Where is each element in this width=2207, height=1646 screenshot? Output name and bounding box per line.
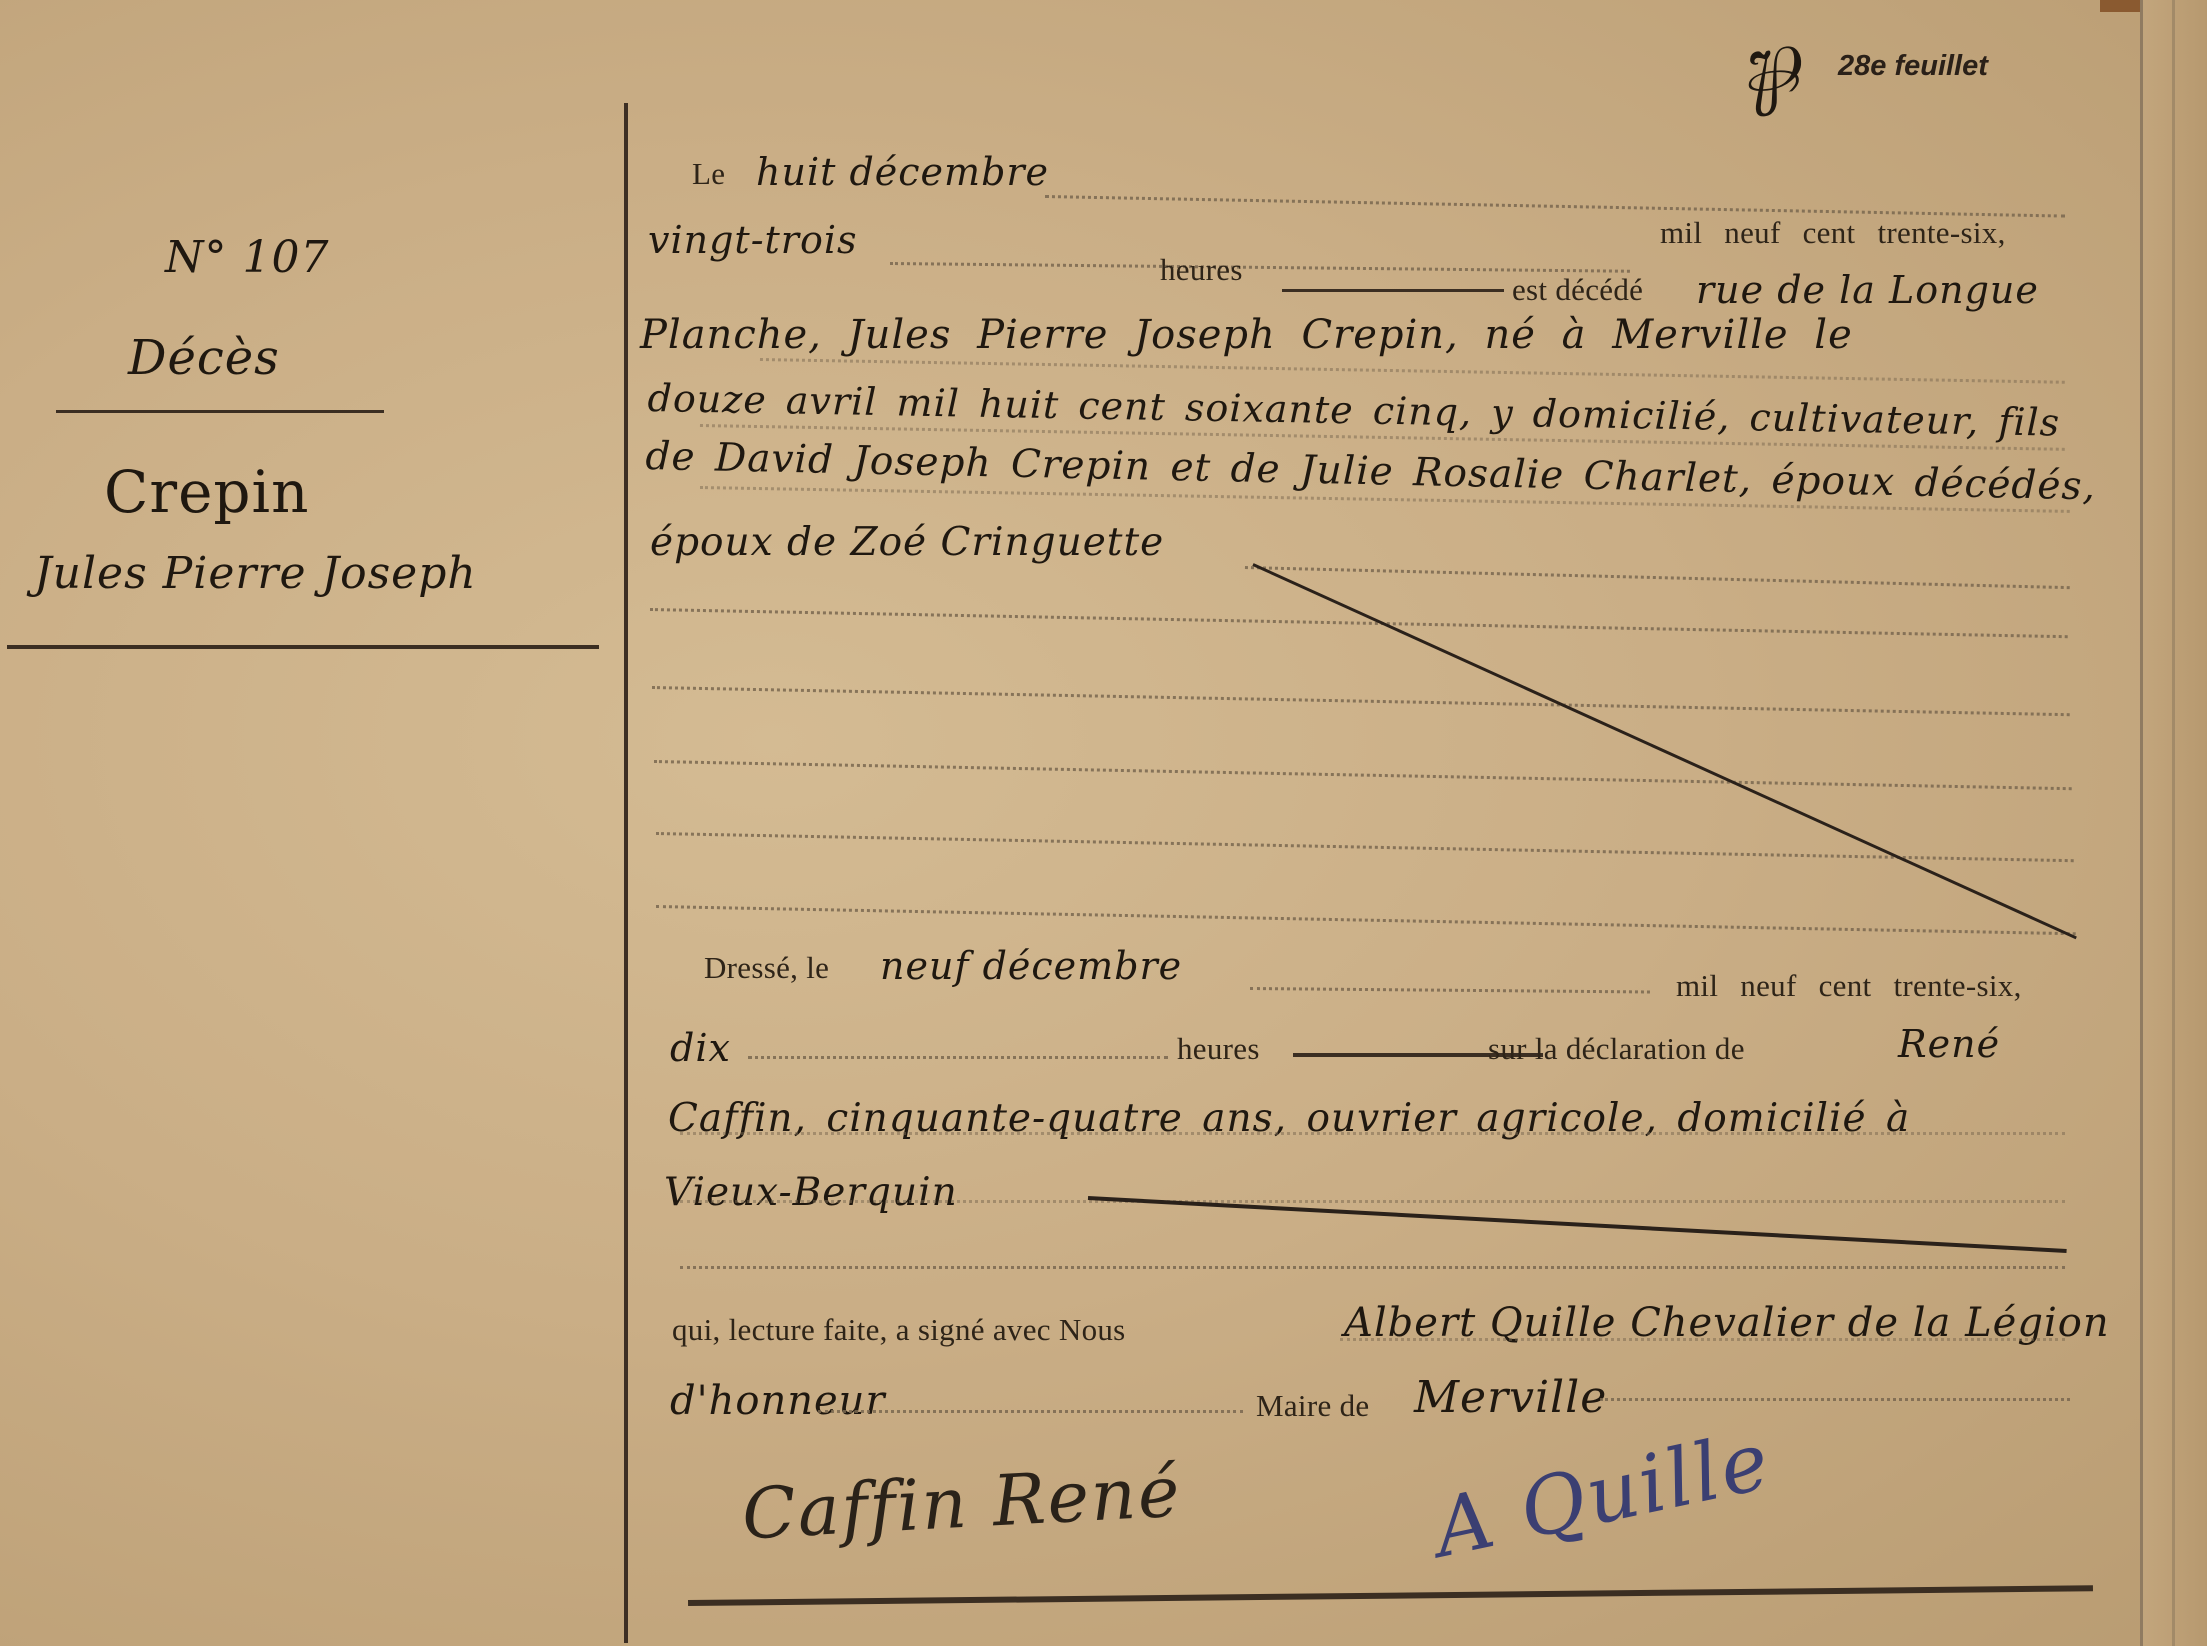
dotted-line xyxy=(654,760,2072,790)
cancellation-stroke xyxy=(1252,563,2076,939)
drafted-prefix: Dressé, le xyxy=(704,950,829,986)
drafted-hour: dix xyxy=(670,1026,731,1070)
death-line-5: douze avril mil huit cent soixante cinq,… xyxy=(647,376,2060,445)
heures-label: heures xyxy=(1160,252,1243,288)
dotted-line xyxy=(656,832,2074,862)
death-hour: vingt-trois xyxy=(648,218,858,262)
frame-left-rule xyxy=(624,103,628,1643)
mayor-town: Merville xyxy=(1414,1372,1607,1423)
death-line-7: époux de Zoé Cringuette xyxy=(650,520,1164,565)
death-line-4: Planche, Jules Pierre Joseph Crepin, né … xyxy=(640,312,1853,358)
mayor-signature: A Quille xyxy=(1426,1414,1778,1576)
dotted-line xyxy=(748,1056,1168,1059)
signing-printed: qui, lecture faite, a signé avec Nous xyxy=(672,1312,1126,1348)
closing-stroke xyxy=(1088,1196,2067,1253)
register-page: ⅌ 28e feuillet N° 107 Décès Crepin Jules… xyxy=(0,0,2207,1646)
bottom-rule xyxy=(688,1585,2093,1606)
margin-surname: Crepin xyxy=(104,458,309,526)
dotted-line xyxy=(1250,987,1650,993)
signing-honneur: d'honneur xyxy=(670,1378,886,1424)
dotted-line xyxy=(760,358,2065,384)
dotted-line xyxy=(1600,1398,2070,1401)
entry-type: Décès xyxy=(128,330,280,386)
declarant-signature: Caffin René xyxy=(740,1451,1183,1556)
page-edge-line-2 xyxy=(2172,0,2175,1646)
dotted-line xyxy=(680,1200,2065,1203)
page-edge-line xyxy=(2140,0,2143,1646)
entry-number: N° 107 xyxy=(165,232,329,283)
declaration-label: sur la déclaration de xyxy=(1488,1031,1745,1067)
margin-divider xyxy=(56,410,384,413)
drafted-line-4: Vieux-Berquin xyxy=(664,1170,958,1215)
drafted-date: neuf décembre xyxy=(880,944,1182,988)
drafted-heures-label: heures xyxy=(1177,1031,1260,1067)
margin-bottom-rule xyxy=(7,645,599,649)
drafted-year-printed: mil neuf cent trente-six, xyxy=(1676,968,2022,1004)
dotted-line xyxy=(680,1266,2065,1269)
folio-mark: ⅌ xyxy=(1727,16,1803,145)
heures-blank-rule xyxy=(1282,289,1504,292)
dotted-line xyxy=(818,1410,1243,1413)
death-year-printed: mil neuf cent trente-six, xyxy=(1660,215,2006,251)
dotted-line xyxy=(1245,566,2070,589)
dotted-line xyxy=(680,1132,2065,1135)
dotted-line xyxy=(652,686,2070,716)
dotted-line xyxy=(656,905,2076,935)
dotted-line xyxy=(1340,1338,2065,1341)
declarant-first-name: René xyxy=(1898,1022,2000,1066)
margin-given-names: Jules Pierre Joseph xyxy=(34,548,477,599)
death-prefix: Le xyxy=(692,156,725,192)
sheet-label: 28e feuillet xyxy=(1838,50,1988,83)
death-place: rue de la Longue xyxy=(1696,268,2039,312)
mayor-label: Maire de xyxy=(1256,1388,1369,1424)
deceased-label: est décédé xyxy=(1512,272,1643,308)
death-date: huit décembre xyxy=(756,150,1049,194)
